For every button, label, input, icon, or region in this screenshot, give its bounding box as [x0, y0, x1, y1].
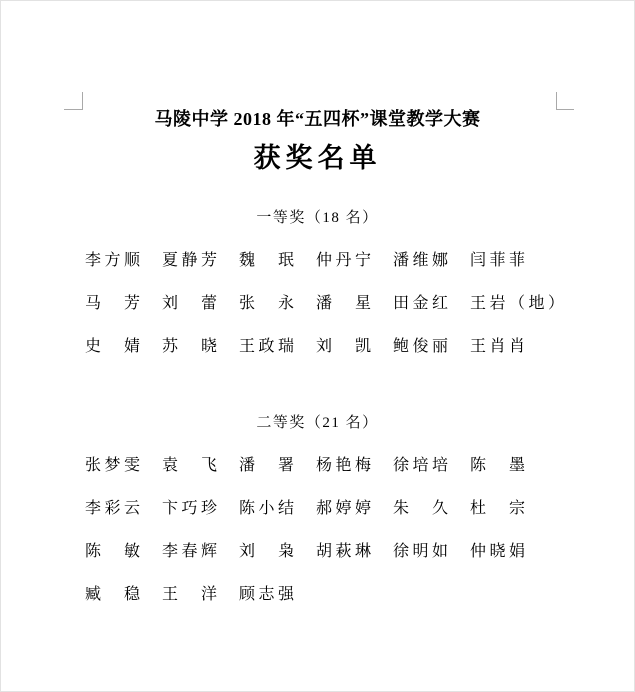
- name-row: 马 芳刘 蕾张 永潘 星田金红王岩（地）: [85, 272, 634, 315]
- text-boundary-corner-icon: [556, 92, 574, 110]
- award-name: 卞巧珍: [162, 498, 224, 520]
- award-name: 仲丹宁: [316, 250, 378, 272]
- award-name: 顾志强: [239, 584, 301, 606]
- name-row: 张梦雯袁 飞潘 署杨艳梅徐培培陈 墨: [85, 434, 634, 477]
- award-name: 闫菲菲: [470, 250, 532, 272]
- award-name: 马 芳: [85, 293, 147, 315]
- award-name: 陈小结: [239, 498, 301, 520]
- award-name: 李彩云: [85, 498, 147, 520]
- award-name: 杜 宗: [470, 498, 532, 520]
- award-name: 陈 墨: [470, 455, 532, 477]
- name-row: 陈 敏李春辉刘 枭胡萩琳徐明如仲晓娟: [85, 520, 634, 563]
- award-name: 魏 珉: [239, 250, 301, 272]
- award-name: 陈 敏: [85, 541, 147, 563]
- award-name: 田金红: [393, 293, 455, 315]
- award-name: 潘 星: [316, 293, 378, 315]
- name-row: 李方顺夏静芳魏 珉仲丹宁潘维娜闫菲菲: [85, 229, 634, 272]
- award-name: 袁 飞: [162, 455, 224, 477]
- name-row: 李彩云卞巧珍陈小结郝婷婷朱 久杜 宗: [85, 477, 634, 520]
- award-name: 杨艳梅: [316, 455, 378, 477]
- award-name: 王政瑞: [239, 336, 301, 358]
- award-name: 王肖肖: [470, 336, 532, 358]
- award-name: 仲晓娟: [470, 541, 532, 563]
- award-name: 张梦雯: [85, 455, 147, 477]
- award-name: 徐培培: [393, 455, 455, 477]
- award-name: 鲍俊丽: [393, 336, 455, 358]
- first-prize-heading: 一等奖（18 名）: [1, 207, 634, 229]
- award-name: 臧 稳: [85, 584, 147, 606]
- second-prize-name-list: 张梦雯袁 飞潘 署杨艳梅徐培培陈 墨李彩云卞巧珍陈小结郝婷婷朱 久杜 宗陈 敏李…: [1, 434, 634, 606]
- document-title: 马陵中学 2018 年“五四杯”课堂教学大赛: [1, 1, 634, 132]
- award-name: 朱 久: [393, 498, 455, 520]
- first-prize-name-list: 李方顺夏静芳魏 珉仲丹宁潘维娜闫菲菲马 芳刘 蕾张 永潘 星田金红王岩（地）史 …: [1, 229, 634, 358]
- second-prize-heading: 二等奖（21 名）: [1, 412, 634, 434]
- award-name: 张 永: [239, 293, 301, 315]
- award-name: 苏 晓: [162, 336, 224, 358]
- award-name: 郝婷婷: [316, 498, 378, 520]
- award-name: 刘 蕾: [162, 293, 224, 315]
- award-name: 夏静芳: [162, 250, 224, 272]
- first-prize-section: 一等奖（18 名） 李方顺夏静芳魏 珉仲丹宁潘维娜闫菲菲马 芳刘 蕾张 永潘 星…: [1, 207, 634, 358]
- award-name: 刘 凯: [316, 336, 378, 358]
- text-boundary-corner-icon: [64, 92, 83, 110]
- award-name: 潘维娜: [393, 250, 455, 272]
- award-name: 李方顺: [85, 250, 147, 272]
- award-name: 徐明如: [393, 541, 455, 563]
- award-name: 胡萩琳: [316, 541, 378, 563]
- award-name: 史 婧: [85, 336, 147, 358]
- award-name: 刘 枭: [239, 541, 301, 563]
- document-page: 马陵中学 2018 年“五四杯”课堂教学大赛 获奖名单 一等奖（18 名） 李方…: [0, 0, 635, 692]
- document-subtitle: 获奖名单: [1, 141, 634, 175]
- award-name: 王岩（地）: [470, 293, 568, 315]
- name-row: 史 婧苏 晓王政瑞刘 凯鲍俊丽王肖肖: [85, 315, 634, 358]
- award-name: 潘 署: [239, 455, 301, 477]
- name-row: 臧 稳王 洋顾志强: [85, 563, 634, 606]
- award-name: 李春辉: [162, 541, 224, 563]
- award-name: 王 洋: [162, 584, 224, 606]
- second-prize-section: 二等奖（21 名） 张梦雯袁 飞潘 署杨艳梅徐培培陈 墨李彩云卞巧珍陈小结郝婷婷…: [1, 412, 634, 606]
